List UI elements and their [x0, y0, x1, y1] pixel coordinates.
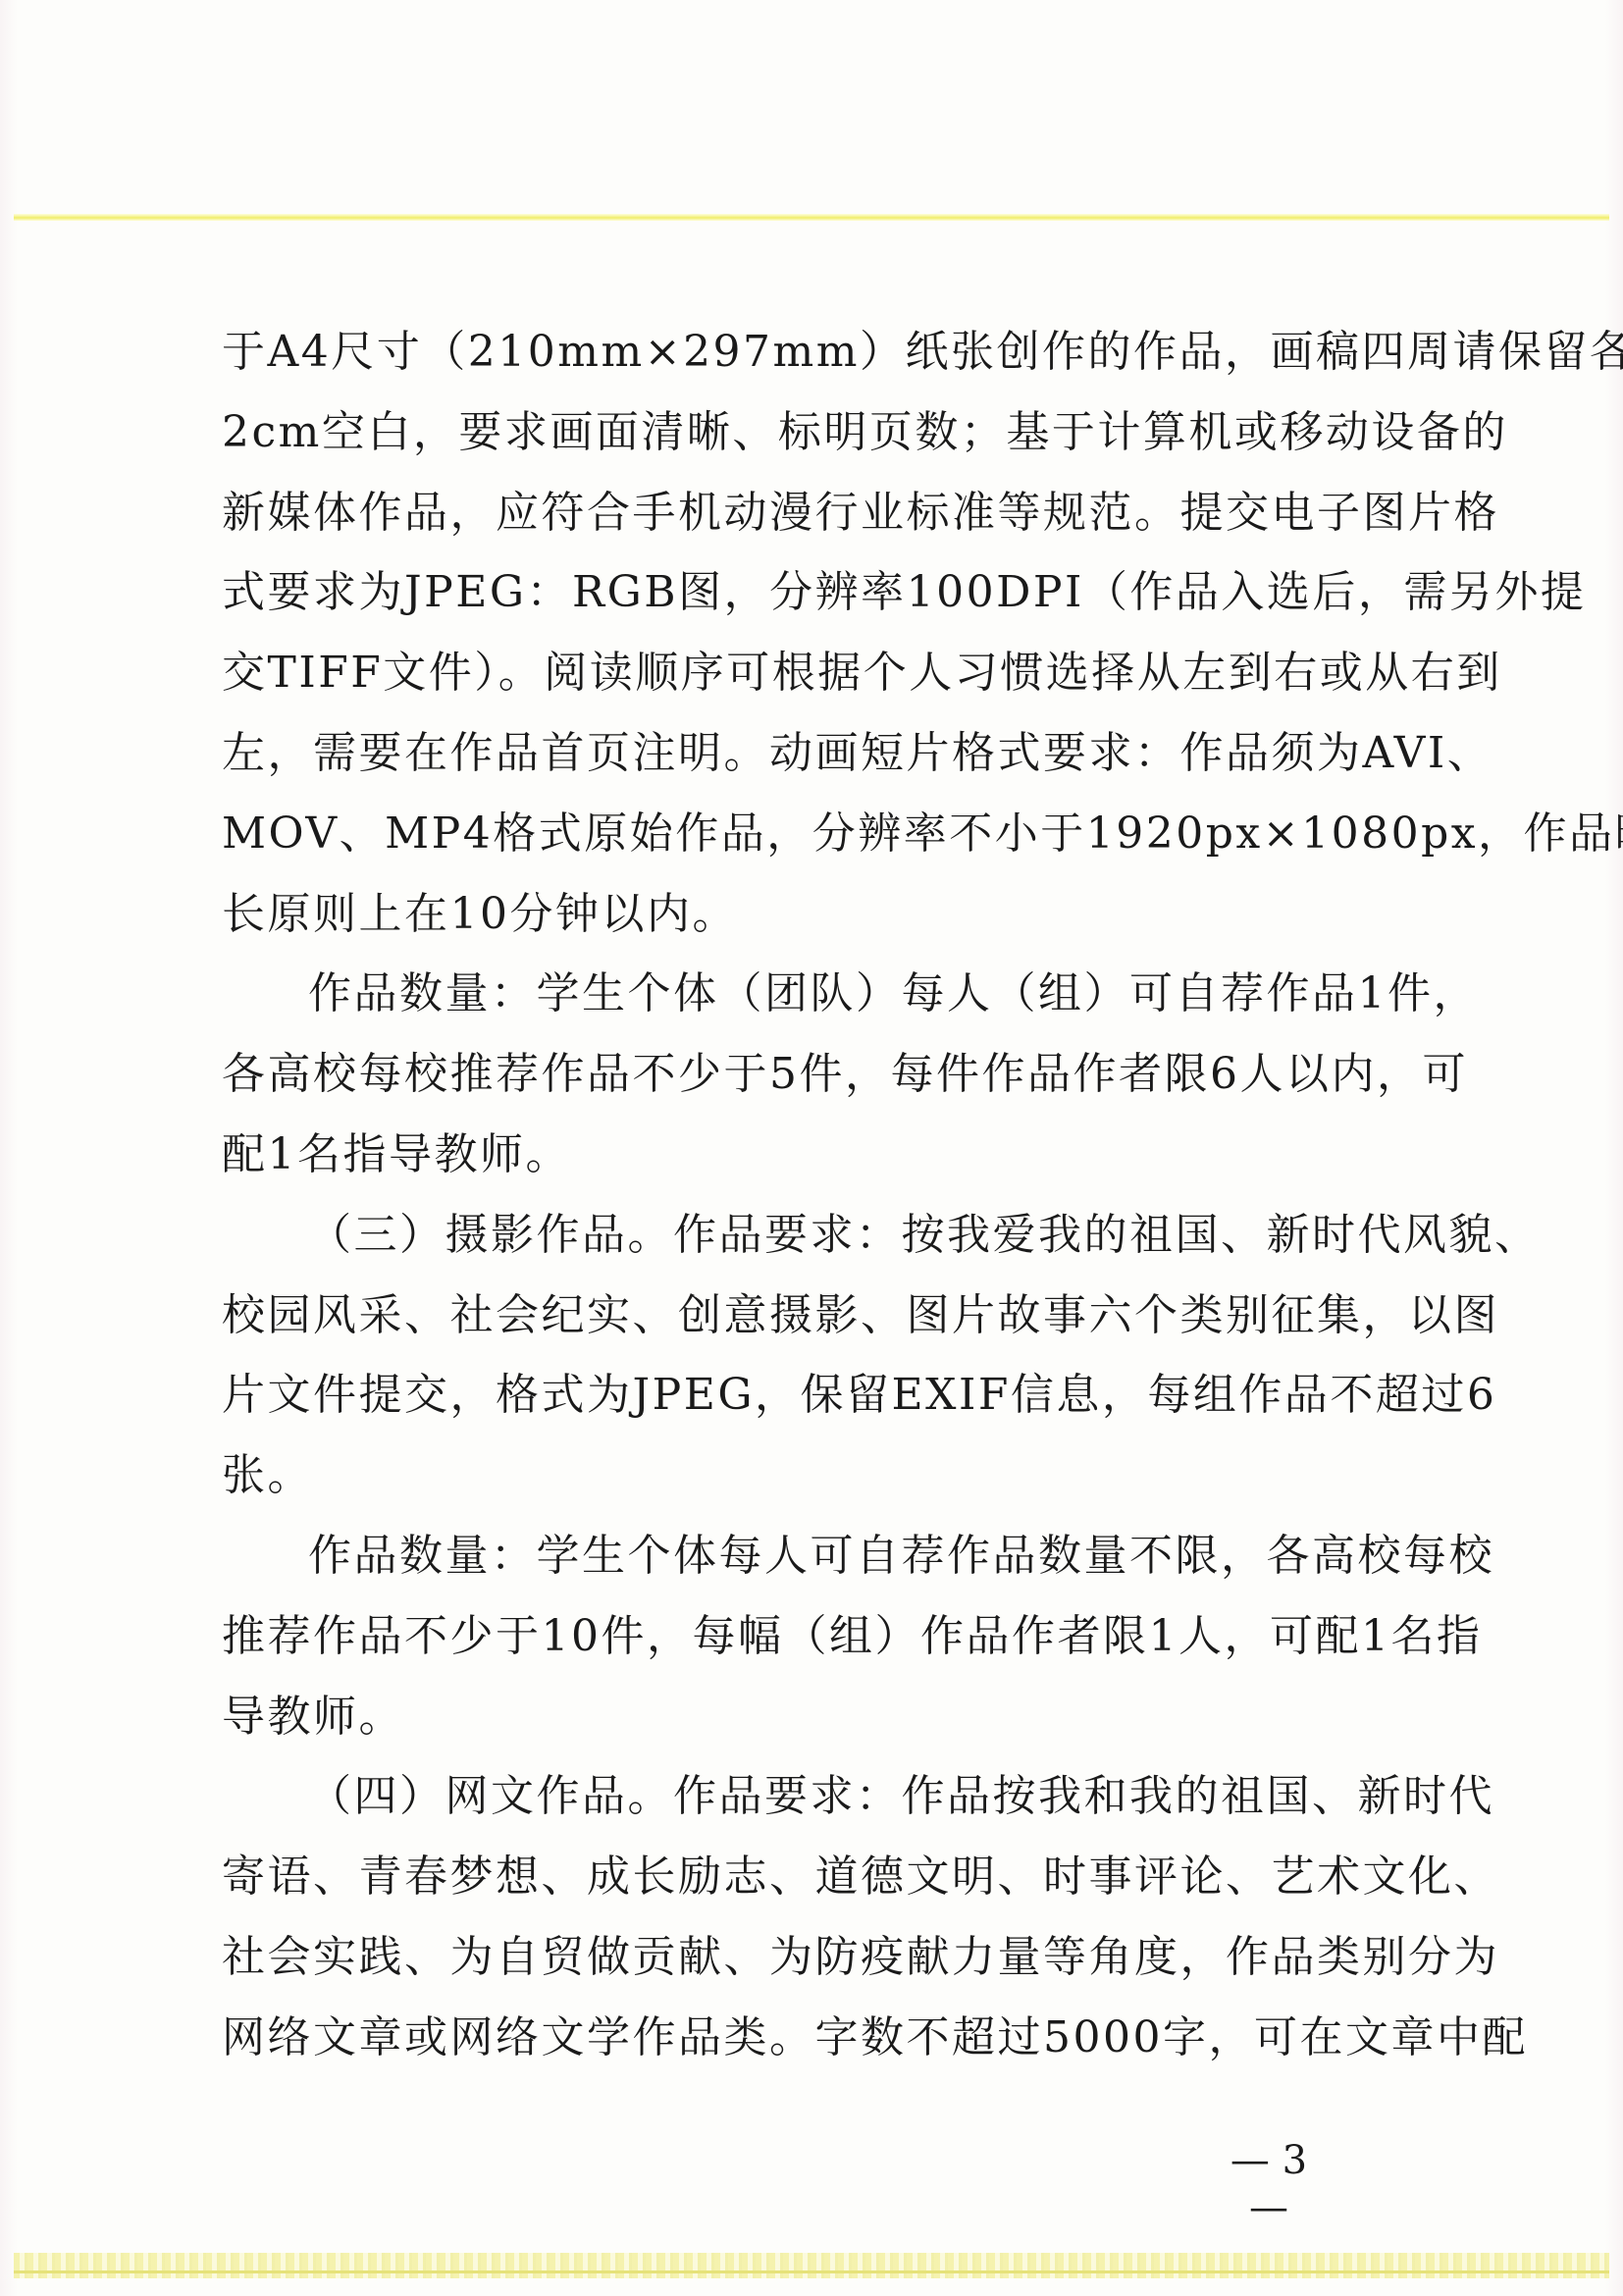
text-line-6: 左，需要在作品首页注明。动画短片格式要求：作品须为AVI、 [222, 713, 1421, 794]
text-line-15: 张。 [222, 1435, 1421, 1516]
footer-scan-band [14, 2253, 1609, 2278]
text-line-3: 新媒体作品，应符合手机动漫行业标准等规范。提交电子图片格 [222, 473, 1421, 553]
text-line-8: 长原则上在10分钟以内。 [222, 874, 1421, 955]
text-line-22: 网络文章或网络文学作品类。字数不超过5000字，可在文章中配 [222, 1998, 1421, 2078]
document-body: 于A4尺寸（210mm×297mm）纸张创作的作品，画稿四周请保留各 2cm空白… [222, 312, 1421, 2078]
header-rule [14, 214, 1609, 221]
section-heading-photography: （三）摄影作品。作品要求：按我爱我的祖国、新时代风貌、 [222, 1195, 1421, 1276]
page-number: — 3 — [1210, 2137, 1328, 2231]
text-line-5: 交TIFF文件）。阅读顺序可根据个人习惯选择从左到右或从右到 [222, 633, 1421, 713]
text-line-11: 配1名指导教师。 [222, 1115, 1421, 1195]
text-line-21: 社会实践、为自贸做贡献、为防疫献力量等角度，作品类别分为 [222, 1917, 1421, 1998]
text-line-9: 作品数量：学生个体（团队）每人（组）可自荐作品1件， [222, 954, 1421, 1034]
text-line-13: 校园风采、社会纪实、创意摄影、图片故事六个类别征集，以图 [222, 1276, 1421, 1356]
text-line-1: 于A4尺寸（210mm×297mm）纸张创作的作品，画稿四周请保留各 [222, 312, 1421, 392]
text-line-20: 寄语、青春梦想、成长励志、道德文明、时事评论、艺术文化、 [222, 1837, 1421, 1917]
text-line-16: 作品数量：学生个体每人可自荐作品数量不限，各高校每校 [222, 1516, 1421, 1596]
text-line-10: 各高校每校推荐作品不少于5件，每件作品作者限6人以内，可 [222, 1034, 1421, 1115]
scan-edge-left [0, 0, 18, 2296]
text-line-18: 导教师。 [222, 1677, 1421, 1757]
text-line-17: 推荐作品不少于10件，每幅（组）作品作者限1人，可配1名指 [222, 1596, 1421, 1677]
section-heading-web-writing: （四）网文作品。作品要求：作品按我和我的祖国、新时代 [222, 1756, 1421, 1837]
text-line-2: 2cm空白，要求画面清晰、标明页数；基于计算机或移动设备的 [222, 392, 1421, 473]
text-line-7: MOV、MP4格式原始作品，分辨率不小于1920px×1080px，作品时 [222, 794, 1421, 874]
text-line-4: 式要求为JPEG：RGB图，分辨率100DPI（作品入选后，需另外提 [222, 552, 1421, 633]
text-line-14: 片文件提交，格式为JPEG，保留EXIF信息，每组作品不超过6 [222, 1355, 1421, 1435]
